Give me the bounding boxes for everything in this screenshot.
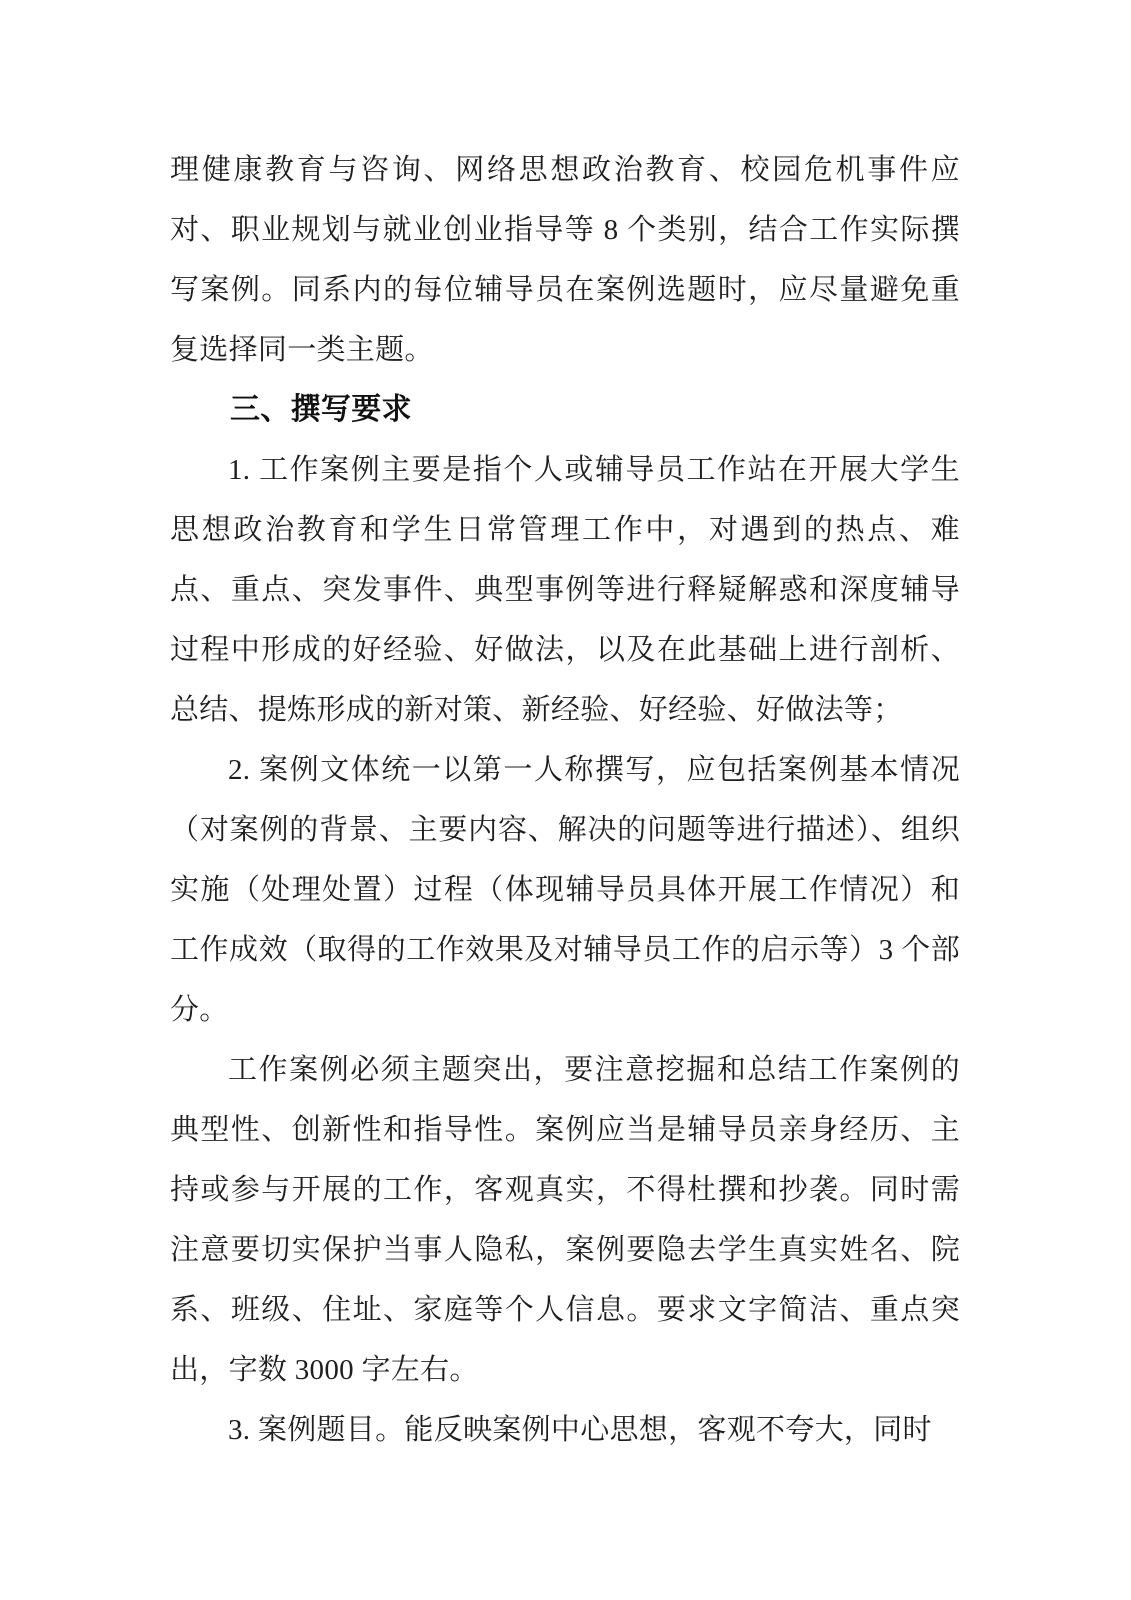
section-heading: 三、撰写要求	[170, 380, 960, 440]
document-page: 理健康教育与咨询、网络思想政治教育、校园危机事件应对、职业规划与就业创业指导等 …	[0, 0, 1131, 1600]
paragraph-item-2: 2. 案例文体统一以第一人称撰写，应包括案例基本情况（对案例的背景、主要内容、解…	[170, 740, 960, 1040]
paragraph-continuation: 理健康教育与咨询、网络思想政治教育、校园危机事件应对、职业规划与就业创业指导等 …	[170, 140, 960, 380]
paragraph-item-3: 3. 案例题目。能反映案例中心思想，客观不夸大，同时	[170, 1400, 960, 1460]
paragraph-item-1: 1. 工作案例主要是指个人或辅导员工作站在开展大学生思想政治教育和学生日常管理工…	[170, 440, 960, 740]
paragraph-body-requirements: 工作案例必须主题突出，要注意挖掘和总结工作案例的典型性、创新性和指导性。案例应当…	[170, 1040, 960, 1400]
text-block: 理健康教育与咨询、网络思想政治教育、校园危机事件应对、职业规划与就业创业指导等 …	[170, 140, 960, 1460]
